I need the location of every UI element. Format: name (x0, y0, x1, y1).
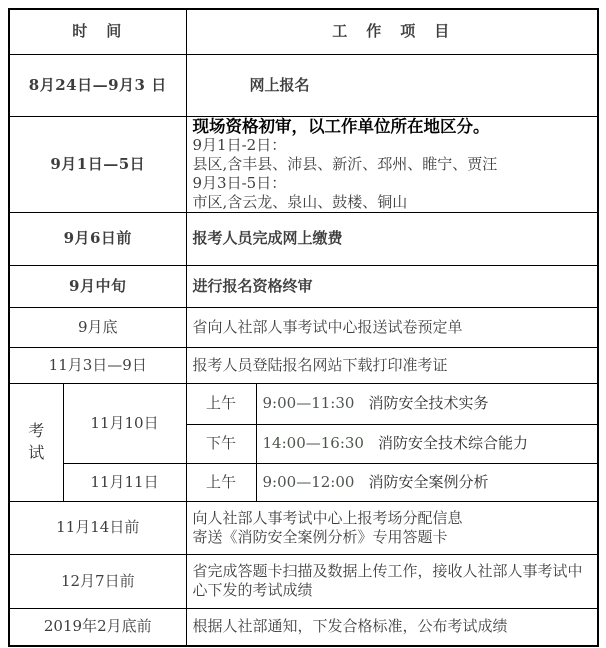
exam-slot-cell: 9:00—12:00消防安全案例分析 (256, 463, 598, 501)
table-header-row: 时 间 工 作 项 目 (9, 9, 598, 54)
item-cell: 省完成答题卡扫描及数据上传工作，接收人社部人事考试中心下发的考试成绩 (186, 554, 598, 608)
time-cell: 2019年2月底前 (9, 608, 186, 646)
item-line: 寄送《消防安全案例分析》专用答题卡 (193, 528, 592, 547)
exam-schedule-page: 时 间 工 作 项 目 8月24日—9月3 日 网上报名 9月1日—5日 现场资… (0, 0, 606, 648)
item-line: 9月1日-2日： (193, 136, 592, 155)
exam-row: 11月11日 上午 9:00—12:00消防安全案例分析 (9, 463, 598, 501)
exam-row: 考试 11月10日 上午 9:00—11:30消防安全技术实务 (9, 383, 598, 424)
time-cell: 8月24日—9月3 日 (9, 54, 186, 116)
exam-schedule-table: 时 间 工 作 项 目 8月24日—9月3 日 网上报名 9月1日—5日 现场资… (8, 8, 599, 647)
exam-slot-time: 9:00—11:30 (263, 394, 355, 412)
table-row: 9月中旬 进行报名资格终审 (9, 265, 598, 307)
exam-label-cell: 考试 (9, 383, 63, 501)
table-row: 11月3日—9日 报考人员登陆报名网站下载打印准考证 (9, 347, 598, 383)
time-cell: 9月1日—5日 (9, 116, 186, 212)
table-row: 9月1日—5日 现场资格初审，以工作单位所在地区分。 9月1日-2日： 县区,含… (9, 116, 598, 212)
item-line: 9月3日-5日： (193, 174, 592, 193)
time-cell: 12月7日前 (9, 554, 186, 608)
exam-slot-cell: 14:00—16:30消防安全技术综合能力 (256, 424, 598, 463)
item-line: 向人社部人事考试中心上报考场分配信息 (193, 509, 592, 528)
exam-slot-subject: 消防安全技术综合能力 (378, 434, 528, 452)
item-line: 现场资格初审，以工作单位所在地区分。 (193, 117, 592, 136)
exam-slot-time: 14:00—16:30 (263, 434, 364, 452)
table-row: 9月底 省向人社部人事考试中心报送试卷预定单 (9, 307, 598, 347)
time-cell: 11月14日前 (9, 501, 186, 554)
table-row: 8月24日—9月3 日 网上报名 (9, 54, 598, 116)
table-row: 11月14日前 向人社部人事考试中心上报考场分配信息 寄送《消防安全案例分析》专… (9, 501, 598, 554)
time-cell: 9月底 (9, 307, 186, 347)
table-row: 9月6日前 报考人员完成网上缴费 (9, 212, 598, 265)
table-row: 2019年2月底前 根据人社部通知，下发合格标准，公布考试成绩 (9, 608, 598, 646)
exam-slot-time: 9:00—12:00 (263, 473, 355, 491)
exam-slot-subject: 消防安全案例分析 (368, 473, 488, 491)
time-cell: 11月3日—9日 (9, 347, 186, 383)
exam-date-cell: 11月10日 (63, 383, 186, 463)
exam-period-cell: 下午 (186, 424, 256, 463)
item-cell: 报考人员完成网上缴费 (186, 212, 598, 265)
item-line: 市区,含云龙、泉山、鼓楼、铜山 (193, 193, 592, 212)
exam-label: 考试 (27, 420, 45, 464)
item-line: 县区,含丰县、沛县、新沂、邳州、睢宁、贾汪 (193, 155, 592, 174)
item-cell: 现场资格初审，以工作单位所在地区分。 9月1日-2日： 县区,含丰县、沛县、新沂… (186, 116, 598, 212)
time-cell: 9月中旬 (9, 265, 186, 307)
item-cell: 省向人社部人事考试中心报送试卷预定单 (186, 307, 598, 347)
column-header-item: 工 作 项 目 (186, 9, 598, 54)
item-cell: 根据人社部通知，下发合格标准，公布考试成绩 (186, 608, 598, 646)
exam-period-cell: 上午 (186, 383, 256, 424)
item-cell: 向人社部人事考试中心上报考场分配信息 寄送《消防安全案例分析》专用答题卡 (186, 501, 598, 554)
item-cell: 网上报名 (186, 54, 598, 116)
exam-period-cell: 上午 (186, 463, 256, 501)
item-cell: 报考人员登陆报名网站下载打印准考证 (186, 347, 598, 383)
column-header-time: 时 间 (9, 9, 186, 54)
time-cell: 9月6日前 (9, 212, 186, 265)
exam-slot-cell: 9:00—11:30消防安全技术实务 (256, 383, 598, 424)
exam-date-cell: 11月11日 (63, 463, 186, 501)
item-cell: 进行报名资格终审 (186, 265, 598, 307)
exam-slot-subject: 消防安全技术实务 (368, 394, 488, 412)
table-row: 12月7日前 省完成答题卡扫描及数据上传工作，接收人社部人事考试中心下发的考试成… (9, 554, 598, 608)
